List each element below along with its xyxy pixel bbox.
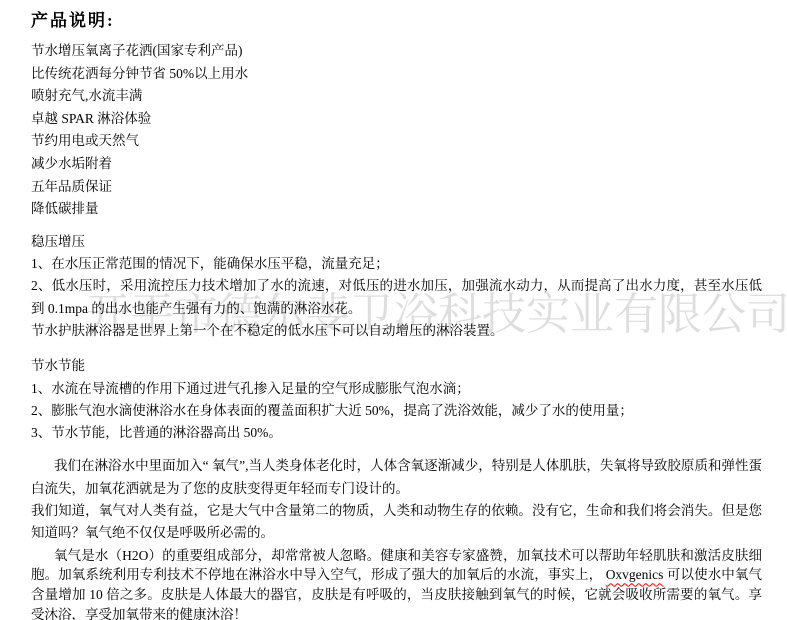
paragraph-oxygen-tech: 氧气是水（H2O）的重要组成部分，却常常被人忽略。健康和美容专家盛赞，加氧技术可… [31, 546, 762, 620]
section-heading: 节水节能 [31, 355, 762, 377]
feature-item: 五年品质保证 [31, 176, 762, 199]
feature-item: 卓越 SPAR 淋浴体验 [31, 108, 762, 131]
page-title: 产品说明: [31, 10, 762, 32]
section-heading: 稳压增压 [31, 231, 762, 253]
feature-item: 减少水垢附着 [31, 153, 762, 176]
feature-list: 节水增压氧离子花洒(国家专利产品) 比传统花洒每分钟节省 50%以上用水 喷射充… [31, 40, 762, 221]
feature-item: 降低碳排量 [31, 198, 762, 221]
section-line: 2、低水压时，采用流控压力技术增加了水的流速，对低压的进水加压，加强流水动力，从… [31, 275, 762, 320]
paragraph-oxygen-life: 我们知道，氧气对人类有益，它是大气中含量第二的物质，人类和动物生存的依赖。没有它… [31, 500, 762, 545]
product-description-page: 开平市德尔斐卫浴科技实业有限公司 产品说明: 节水增压氧离子花洒(国家专利产品)… [0, 0, 787, 620]
section-line: 1、水流在导流槽的作用下通过进气孔掺入足量的空气形成膨胀气泡水滴； [31, 378, 762, 400]
feature-item: 节水增压氧离子花洒(国家专利产品) [31, 40, 762, 63]
feature-item: 喷射充气,水流丰满 [31, 85, 762, 108]
section-pressure-boost: 稳压增压 1、在水压正常范围的情况下，能确保水压平稳，流量充足； 2、低水压时，… [31, 231, 762, 342]
brand-word-spellcheck: Oxvgenics [606, 567, 664, 582]
document-content: 产品说明: 节水增压氧离子花洒(国家专利产品) 比传统花洒每分钟节省 50%以上… [0, 0, 787, 620]
section-line: 3、节水节能，比普通的淋浴器高出 50%。 [31, 422, 762, 444]
section-line: 节水护肤淋浴器是世界上第一个在不稳定的低水压下可以自动增压的淋浴装置。 [31, 320, 762, 342]
feature-item: 比传统花洒每分钟节省 50%以上用水 [31, 63, 762, 86]
feature-item: 节约用电或天然气 [31, 130, 762, 153]
section-water-saving: 节水节能 1、水流在导流槽的作用下通过进气孔掺入足量的空气形成膨胀气泡水滴； 2… [31, 355, 762, 444]
paragraph-oxygen-intro: 我们在淋浴水中里面加入“ 氧气”,当人类身体老化时，人体含氧逐渐减少，特别是人体… [31, 455, 762, 500]
section-line: 1、在水压正常范围的情况下，能确保水压平稳，流量充足； [31, 253, 762, 275]
section-line: 2、膨胀气泡水滴使淋浴水在身体表面的覆盖面积扩大近 50%，提高了洗浴效能，减少… [31, 400, 762, 422]
